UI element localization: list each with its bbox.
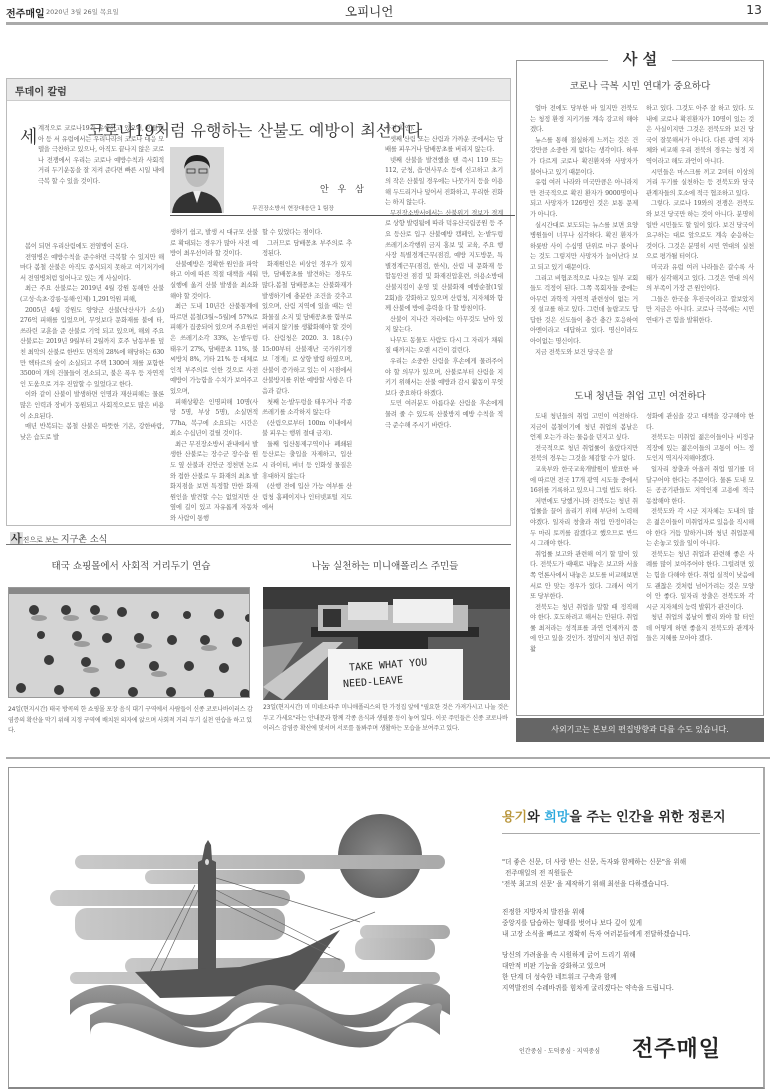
ad-headline-hope: 희망: [544, 810, 569, 825]
ad-line: '전북 최고의 신문' 을 제작하기 위해 최선을 다하겠습니다.: [502, 879, 686, 890]
editorial-top-rule-right: [672, 60, 764, 61]
column-label: 투데이 칼럼: [15, 83, 67, 98]
ad-headline: 용기와 희망을 주는 인간을 위한 정론지: [502, 806, 726, 825]
newspaper-logo: 전주매일: [632, 1032, 721, 1063]
ad-slogan: 인간중심 · 도덕중심 · 지역중심: [519, 1046, 600, 1055]
ad-line: 한 단계 더 성숙한 네트워크 구축과 함께: [502, 972, 674, 983]
editorial-top-rule-left: [516, 60, 608, 61]
editorial2-headline: 도내 청년들 취업 고민 여전하다: [516, 388, 764, 402]
ad-paragraph-2: 진정한 지방자치 발전을 위해 중앙지를 답습하는 형태를 벗어나 보다 깊이 …: [502, 907, 691, 940]
ad-line: 전주매일의 전 직원들은: [502, 868, 686, 879]
photo2-caption: 23일(현지시간) 미 미네소타주 미니애폴리스의 한 가정집 앞에 "필요한 …: [263, 703, 510, 735]
column-text-col1-top: 계적으로 코로나19가 유행하고 있으며, 이탈리아 등 서 유럽에서는 우리나…: [38, 124, 164, 188]
page-number: 13: [746, 2, 762, 17]
section-title: 오피니언: [345, 2, 393, 20]
ad-headline-rest: 을 주는 인간을 위한 정론지: [569, 810, 725, 825]
ad-paragraph-1: "더 좋은 신문, 더 사랑 받는 신문, 독자와 함께하는 신문"을 위해 전…: [502, 857, 686, 890]
ad-headline-and: 와: [527, 810, 544, 825]
ad-line: 지역발전의 수레바퀴를 힘차게 굴리겠다는 약속을 드립니다.: [502, 983, 674, 994]
ship-pen-illustration: [30, 800, 450, 1060]
ad-line: 중앙지를 답습하는 형태를 벗어나 보다 깊이 있게: [502, 918, 691, 929]
photo-news-label-mid: 진으로 보는: [23, 536, 61, 544]
ad-headline-rule: [502, 833, 760, 834]
column-text-col4: 사전 확인). 셋째 산림 또는 산림과 가까운 곳에서는 담배를 피우거나 담…: [385, 124, 503, 431]
photo2-sharing-table: TAKE WHAT YOU NEED-LEAVE: [263, 587, 510, 700]
photo-news-rule: [6, 544, 511, 545]
editorial-title: 사 설: [610, 48, 670, 69]
ad-headline-courage: 용기: [502, 810, 527, 825]
editorial1-headline: 코로나 극복 시민 연대가 중요하다: [516, 78, 764, 92]
photo2-title: 나눔 실천하는 미니애폴리스 주민들: [258, 558, 512, 572]
editorial1-text-col2: 하고 있다. 그것도 아주 잘 하고 있다. 도내에 코로나 확진환자가 10명…: [646, 104, 754, 326]
column-text-col1: 봄이 되면 우리산림에도 전염병이 돈다. 전염병은 예방수칙을 준수하면 극복…: [20, 242, 164, 443]
photo1-title: 태국 쇼핑몰에서 사회적 거리두기 연습: [6, 558, 256, 572]
author-name: 안 우 삼: [320, 182, 367, 195]
author-role: 무진장소방서 현장대응단 1 팀장: [252, 203, 334, 212]
column-text-col2: 생하기 쉽고, 발생 시 대규모 산불로 확대되는 경우가 많아 사전 예방이 …: [170, 228, 258, 525]
ad-separator-rule: [6, 757, 770, 759]
editorial2-text-col2: 성화에 관심을 갖고 대책을 강구해야 한다. 전북도는 미취업 젊은이들이나 …: [646, 412, 754, 645]
drop-cap: 세: [20, 123, 37, 149]
ad-paragraph-3: 당신의 가려움을 속 시원하게 긁어 드리기 위해 대안적 비판 기능을 강화하…: [502, 950, 674, 994]
issue-date: 2020년 3월 26일 목요일: [46, 7, 119, 16]
ad-line: 당신의 가려움을 속 시원하게 긁어 드리기 위해: [502, 950, 674, 961]
ad-line: 내 고장 소식을 빠르고 정확히 독자 여러분들에게 전달하겠습니다.: [502, 929, 691, 940]
ad-line: "더 좋은 신문, 더 사랑 받는 신문, 독자와 함께하는 신문"을 위해: [502, 857, 686, 868]
header-rule: [6, 22, 768, 25]
photo1-caption: 24일(현지시간) 태국 방콕의 한 쇼핑몰 포장 음식 대기 구역에서 사람들…: [8, 705, 253, 737]
ad-line: 대안적 비판 기능을 강화하고 있으며: [502, 961, 674, 972]
photo1-mall-distancing: [8, 587, 250, 698]
author-photo: [170, 147, 224, 213]
column-label-bar: [7, 79, 510, 101]
column-text-col3: 할 수 있었다는 점이다. 그러므로 담배꽁초 부주의로 추정된다. 화재원인은…: [262, 228, 352, 514]
editorial1-text-col1: 얼마 전에도 당부한 바 있지만 전북도는 청정 환경 지키기를 계속 강고히 …: [530, 104, 638, 358]
contribution-notice: 사외기고는 본보의 편집방향과 다를 수도 있습니다.: [516, 718, 764, 742]
masthead-brand: 전주매일: [6, 5, 45, 20]
editorial2-text-col1: 도내 청년들의 취업 고민이 여전하다. 지금이 봄철이기에 청년 취업의 봄날…: [530, 412, 638, 656]
ad-line: 진정한 지방자치 발전을 위해: [502, 907, 691, 918]
